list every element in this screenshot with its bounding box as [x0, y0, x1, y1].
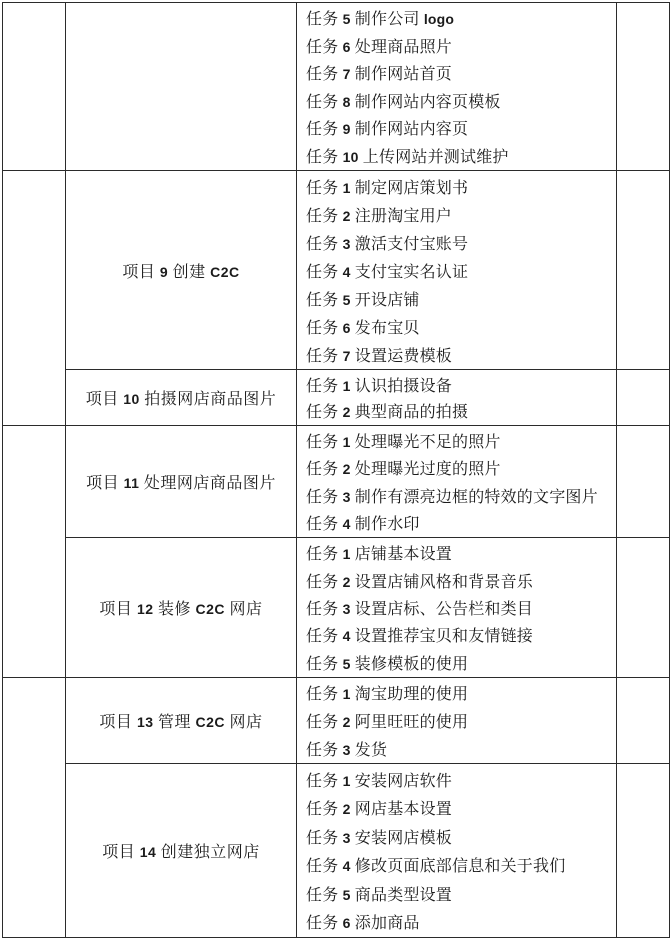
task-line: 任务 7 制作网站首页	[306, 61, 616, 84]
task-line: 任务 5 装修模板的使用	[306, 651, 616, 674]
task-line: 任务 5 制作公司 logo	[306, 6, 616, 29]
project-cell	[66, 3, 297, 171]
task-line: 任务 2 设置店铺风格和背景音乐	[306, 569, 616, 592]
tasks-cell: 任务 1 处理曝光不足的照片 任务 2 处理曝光过度的照片 任务 3 制作有漂亮…	[297, 426, 617, 538]
right-margin-cell	[617, 678, 670, 764]
task-line: 任务 4 修改页面底部信息和关于我们	[306, 853, 616, 876]
curriculum-table: 任务 5 制作公司 logo 任务 6 处理商品照片 任务 7 制作网站首页 任…	[2, 2, 670, 938]
tasks-cell: 任务 1 淘宝助理的使用 任务 2 阿里旺旺的使用 任务 3 发货	[297, 678, 617, 764]
task-line: 任务 3 激活支付宝账号	[306, 231, 616, 254]
project-label: 项目 9 创建 C2C	[66, 259, 296, 282]
task-line: 任务 8 制作网站内容页模板	[306, 89, 616, 112]
task-line: 任务 5 商品类型设置	[306, 882, 616, 905]
project-cell: 项目 14 创建独立网店	[66, 764, 297, 938]
left-margin-cell	[3, 426, 66, 678]
table-row: 项目 9 创建 C2C 任务 1 制定网店策划书 任务 2 注册淘宝用户 任务 …	[3, 171, 670, 370]
tasks-cell: 任务 1 认识拍摄设备 任务 2 典型商品的拍摄	[297, 370, 617, 426]
task-line: 任务 6 处理商品照片	[306, 34, 616, 57]
right-margin-cell	[617, 538, 670, 678]
project-cell: 项目 11 处理网店商品图片	[66, 426, 297, 538]
project-cell: 项目 12 装修 C2C 网店	[66, 538, 297, 678]
project-label: 项目 12 装修 C2C 网店	[66, 596, 296, 619]
task-line: 任务 3 发货	[306, 737, 616, 760]
tasks-cell: 任务 1 制定网店策划书 任务 2 注册淘宝用户 任务 3 激活支付宝账号 任务…	[297, 171, 617, 370]
right-margin-cell	[617, 764, 670, 938]
project-cell: 项目 13 管理 C2C 网店	[66, 678, 297, 764]
project-cell: 项目 10 拍摄网店商品图片	[66, 370, 297, 426]
task-line: 任务 6 添加商品	[306, 910, 616, 933]
task-line: 任务 6 发布宝贝	[306, 315, 616, 338]
right-margin-cell	[617, 426, 670, 538]
project-label: 项目 10 拍摄网店商品图片	[66, 386, 296, 409]
task-line: 任务 4 支付宝实名认证	[306, 259, 616, 282]
right-margin-cell	[617, 370, 670, 426]
left-margin-cell	[3, 678, 66, 938]
table-row: 项目 12 装修 C2C 网店 任务 1 店铺基本设置 任务 2 设置店铺风格和…	[3, 538, 670, 678]
tasks-cell: 任务 1 安装网店软件 任务 2 网店基本设置 任务 3 安装网店模板 任务 4…	[297, 764, 617, 938]
task-line: 任务 1 认识拍摄设备	[306, 373, 616, 396]
task-line: 任务 3 安装网店模板	[306, 825, 616, 848]
task-line: 任务 2 网店基本设置	[306, 796, 616, 819]
tasks-cell: 任务 1 店铺基本设置 任务 2 设置店铺风格和背景音乐 任务 3 设置店标、公…	[297, 538, 617, 678]
task-line: 任务 10 上传网站并测试维护	[306, 144, 616, 167]
table-row: 项目 14 创建独立网店 任务 1 安装网店软件 任务 2 网店基本设置 任务 …	[3, 764, 670, 938]
task-line: 任务 2 阿里旺旺的使用	[306, 709, 616, 732]
project-label: 项目 11 处理网店商品图片	[66, 470, 296, 493]
task-line: 任务 4 设置推荐宝贝和友情链接	[306, 623, 616, 646]
task-line: 任务 9 制作网站内容页	[306, 116, 616, 139]
task-line: 任务 1 处理曝光不足的照片	[306, 429, 616, 452]
task-line: 任务 1 制定网店策划书	[306, 175, 616, 198]
right-margin-cell	[617, 3, 670, 171]
table-row: 项目 10 拍摄网店商品图片 任务 1 认识拍摄设备 任务 2 典型商品的拍摄	[3, 370, 670, 426]
task-line: 任务 2 典型商品的拍摄	[306, 399, 616, 422]
table-row: 项目 11 处理网店商品图片 任务 1 处理曝光不足的照片 任务 2 处理曝光过…	[3, 426, 670, 538]
task-line: 任务 5 开设店铺	[306, 287, 616, 310]
table-row: 任务 5 制作公司 logo 任务 6 处理商品照片 任务 7 制作网站首页 任…	[3, 3, 670, 171]
task-line: 任务 2 注册淘宝用户	[306, 203, 616, 226]
project-label: 项目 14 创建独立网店	[66, 839, 296, 862]
project-cell: 项目 9 创建 C2C	[66, 171, 297, 370]
left-margin-cell	[3, 171, 66, 426]
table-row: 项目 13 管理 C2C 网店 任务 1 淘宝助理的使用 任务 2 阿里旺旺的使…	[3, 678, 670, 764]
task-line: 任务 1 淘宝助理的使用	[306, 681, 616, 704]
left-margin-cell	[3, 3, 66, 171]
task-line: 任务 3 设置店标、公告栏和类目	[306, 596, 616, 619]
task-line: 任务 2 处理曝光过度的照片	[306, 456, 616, 479]
task-line: 任务 1 安装网店软件	[306, 768, 616, 791]
task-line: 任务 7 设置运费模板	[306, 343, 616, 366]
task-line: 任务 3 制作有漂亮边框的特效的文字图片	[306, 484, 616, 507]
tasks-cell: 任务 5 制作公司 logo 任务 6 处理商品照片 任务 7 制作网站首页 任…	[297, 3, 617, 171]
project-label: 项目 13 管理 C2C 网店	[66, 709, 296, 732]
right-margin-cell	[617, 171, 670, 370]
task-line: 任务 4 制作水印	[306, 511, 616, 534]
task-line: 任务 1 店铺基本设置	[306, 541, 616, 564]
